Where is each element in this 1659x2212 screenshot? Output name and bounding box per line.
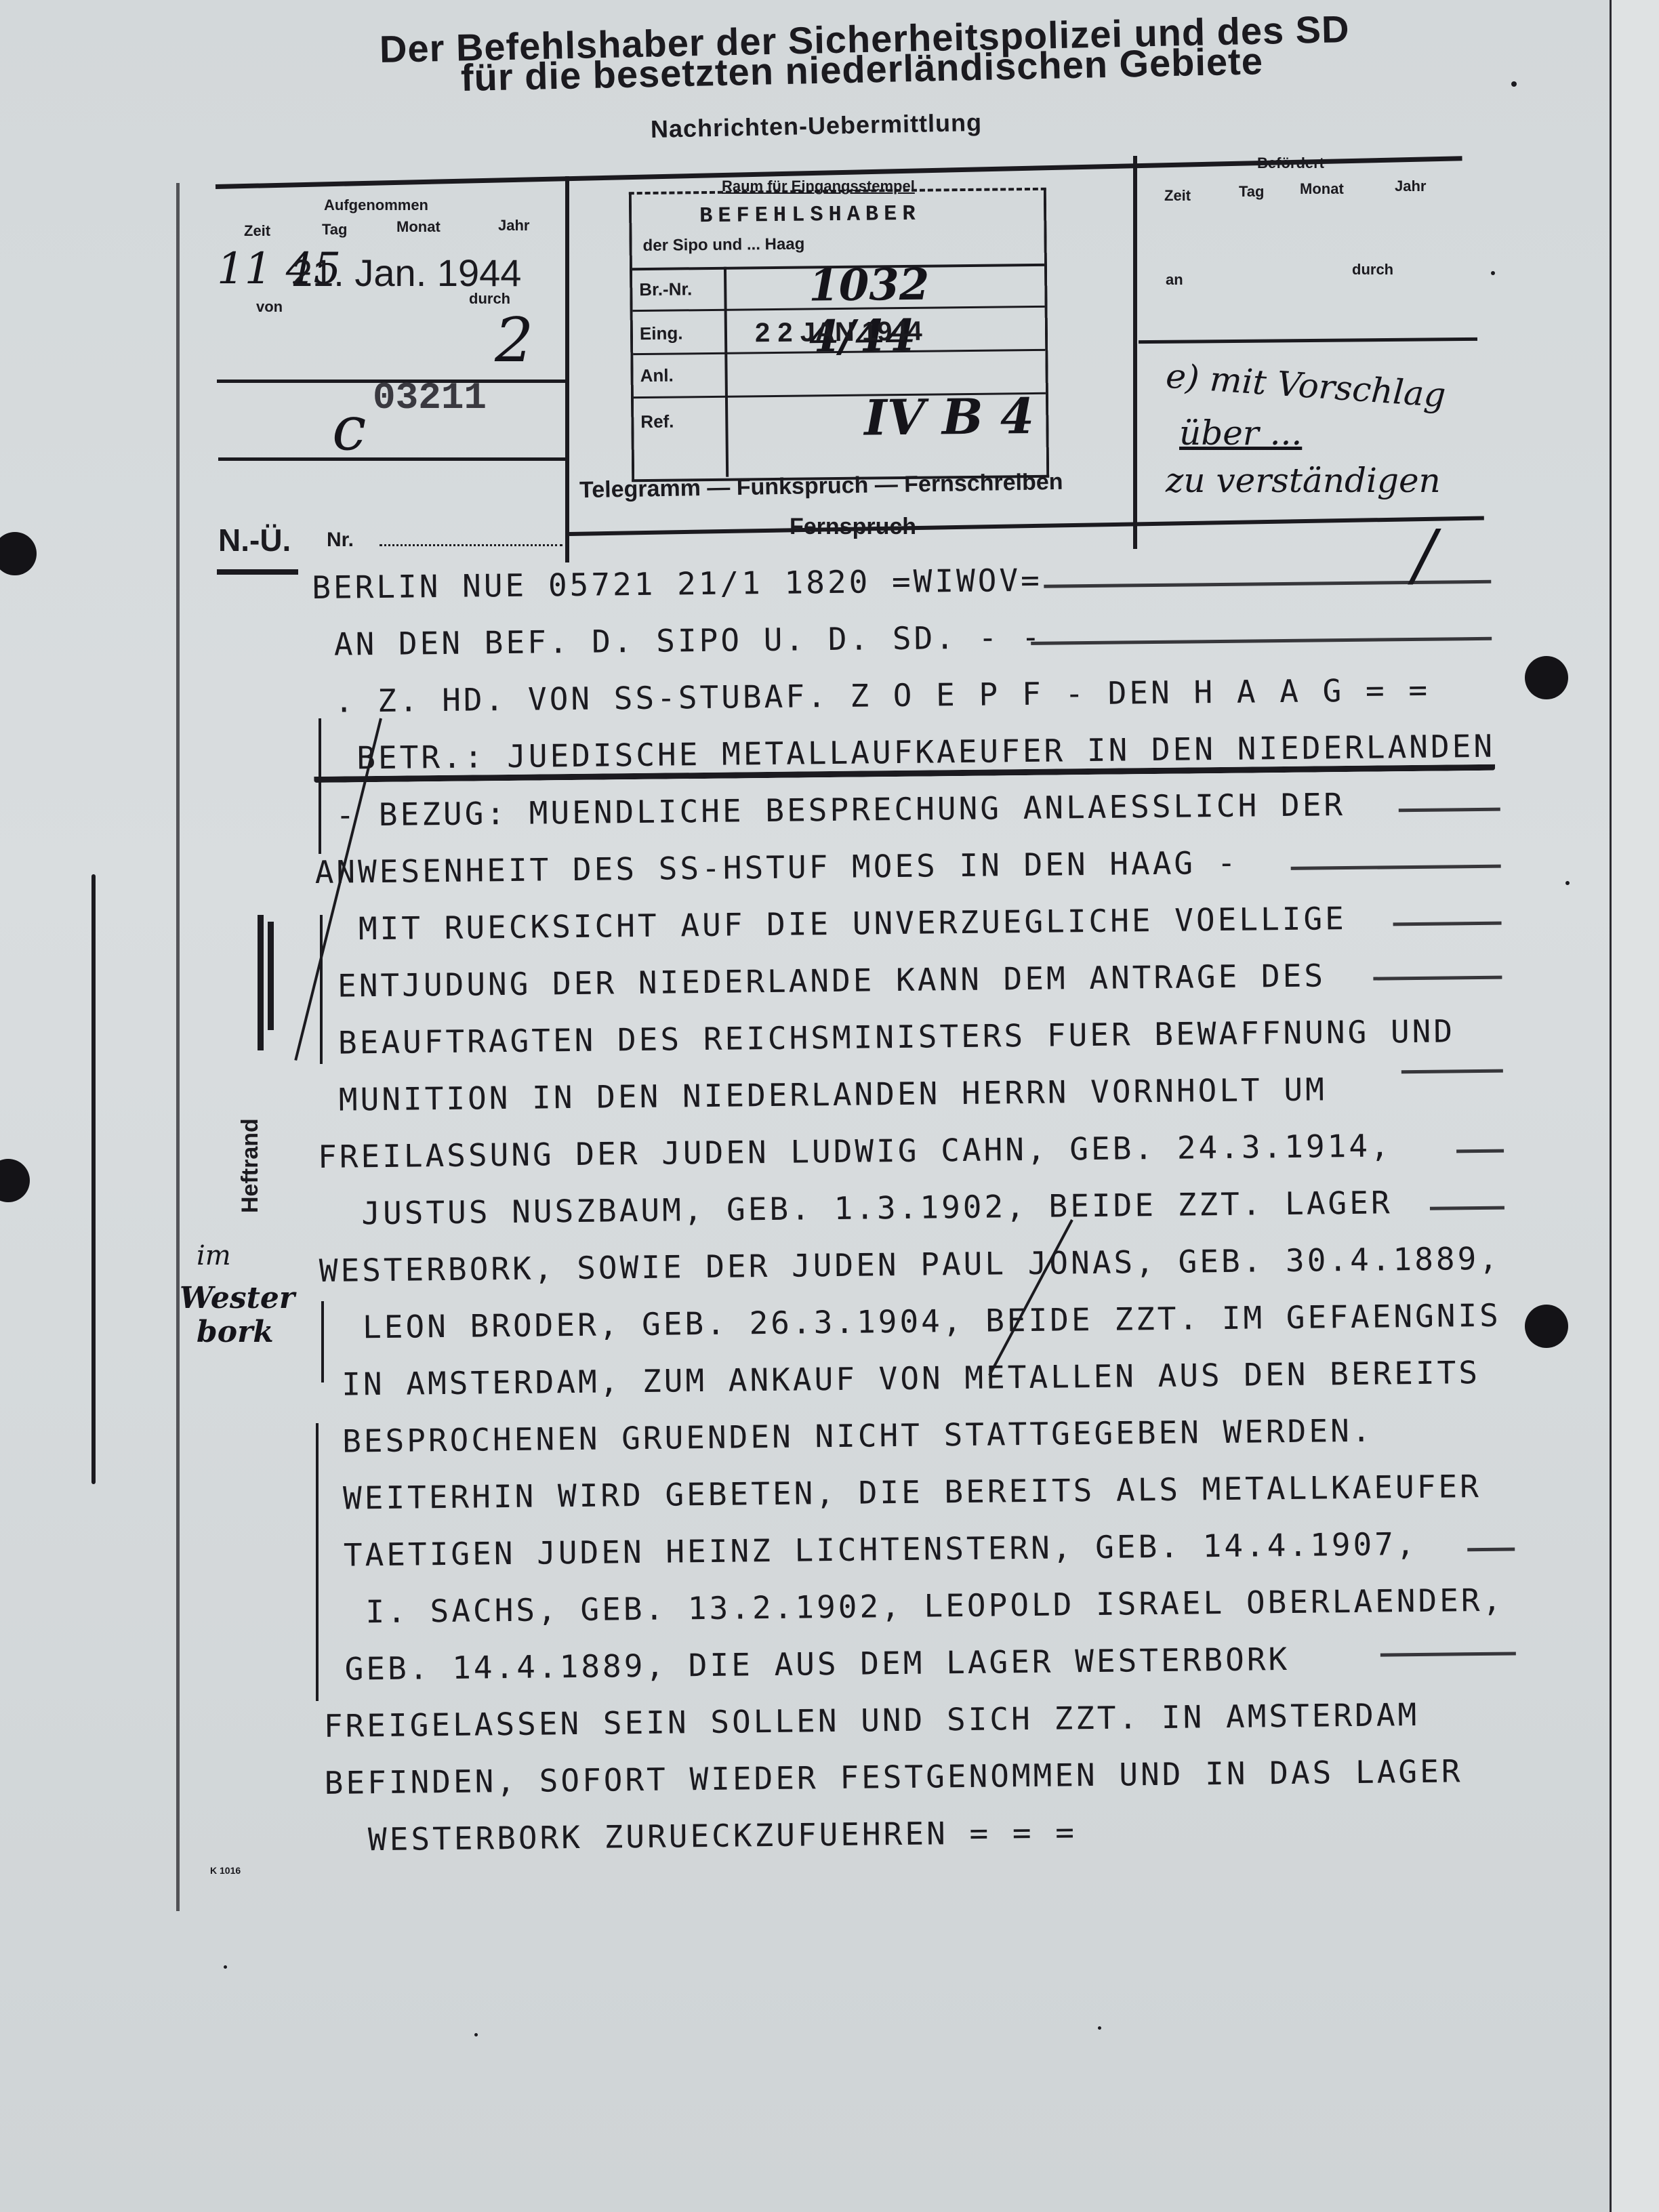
margin-note-line-3: bork bbox=[197, 1315, 274, 1349]
form-divider-right bbox=[1133, 156, 1137, 549]
fill-line bbox=[1393, 922, 1502, 926]
margin-bracket bbox=[316, 1423, 319, 1701]
befoerdert-col-tag: Tag bbox=[1239, 183, 1264, 201]
fill-line bbox=[1380, 1652, 1516, 1656]
photocopy-speck bbox=[1491, 271, 1495, 275]
befoerdert-an-label: an bbox=[1166, 271, 1183, 289]
stamp-row-value-eing: 2 2 JAN 1944 bbox=[755, 316, 922, 349]
fill-line bbox=[1430, 1206, 1504, 1210]
fill-line bbox=[1044, 580, 1491, 588]
befoerdert-title: Befördert bbox=[1257, 155, 1324, 172]
photocopy-speck bbox=[474, 2033, 478, 2036]
stamp-header: BEFEHLSHABER bbox=[699, 201, 921, 228]
aufgenommen-von-label: von bbox=[256, 298, 283, 316]
nue-label: N.-Ü. bbox=[218, 522, 291, 558]
telegram-body: BERLIN NUE 05721 21/1 1820 =WIWOV= AN DE… bbox=[312, 556, 1545, 1879]
fill-line bbox=[1373, 976, 1502, 981]
handwritten-margin-line bbox=[268, 922, 274, 1030]
fill-line bbox=[1031, 637, 1492, 645]
aufgenommen-col-zeit: Zeit bbox=[244, 222, 270, 240]
stamp-row-label-ref: Ref. bbox=[640, 411, 674, 433]
fill-line bbox=[1401, 1069, 1503, 1074]
aufgenommen-number-stamp: 03211 bbox=[373, 376, 487, 419]
befoerdert-col-monat: Monat bbox=[1300, 180, 1344, 198]
nr-dotted-field bbox=[380, 544, 562, 546]
befoerdert-durch-label: durch bbox=[1352, 261, 1393, 279]
fill-line bbox=[1467, 1547, 1515, 1551]
stamp-subheader: der Sipo und ... Haag bbox=[642, 235, 804, 255]
aufgenommen-col-jahr: Jahr bbox=[498, 217, 529, 234]
margin-note-line-2: Wester bbox=[180, 1281, 295, 1315]
photocopy-speck bbox=[1511, 81, 1517, 87]
margin-note-line-1: im bbox=[197, 1240, 231, 1271]
form-rule-left-2 bbox=[218, 457, 565, 461]
photocopy-speck bbox=[1098, 2026, 1101, 2030]
nr-label: Nr. bbox=[327, 529, 354, 552]
heftrand-label: Heftrand bbox=[237, 1118, 264, 1213]
nue-underline bbox=[217, 569, 298, 575]
photocopy-speck bbox=[1565, 881, 1570, 885]
fill-line bbox=[1399, 808, 1500, 813]
handwritten-c-mark: c bbox=[332, 393, 366, 464]
aufgenommen-date-stamp: 21. Jan. 1944 bbox=[291, 251, 521, 295]
form-divider-left bbox=[565, 176, 569, 562]
handwritten-bracket bbox=[91, 874, 96, 1484]
befoerdert-col-zeit: Zeit bbox=[1164, 187, 1191, 205]
handwritten-margin-line bbox=[258, 915, 264, 1050]
stamp-row-value-ref: IV B 4 bbox=[864, 387, 1035, 447]
fill-line bbox=[1456, 1149, 1504, 1153]
stamp-row-label-brnr: Br.-Nr. bbox=[639, 279, 692, 300]
left-margin-rule bbox=[176, 183, 180, 1911]
aufgenommen-title: Aufgenommen bbox=[324, 197, 428, 214]
befoerdert-note-line-2: über ... bbox=[1179, 413, 1302, 453]
aufgenommen-durch-value: 2 bbox=[495, 305, 533, 376]
form-code: K 1016 bbox=[210, 1865, 241, 1876]
transmission-types-line2: Fernspruch bbox=[790, 514, 916, 540]
aufgenommen-col-monat: Monat bbox=[396, 218, 441, 236]
stamp-col-divider bbox=[724, 267, 729, 477]
photocopy-speck bbox=[224, 1965, 227, 1969]
fill-line bbox=[1291, 865, 1501, 870]
befoerdert-note-line-3: zu verständigen bbox=[1166, 461, 1441, 500]
befoerdert-col-jahr: Jahr bbox=[1395, 178, 1426, 195]
stamp-row-label-eing: Eing. bbox=[640, 323, 683, 344]
aufgenommen-col-tag: Tag bbox=[322, 221, 347, 239]
stamp-row-label-anl: Anl. bbox=[640, 365, 673, 387]
incoming-stamp-box: BEFEHLSHABER der Sipo und ... Haag Br.-N… bbox=[629, 188, 1049, 482]
page-edge bbox=[1610, 0, 1659, 2212]
